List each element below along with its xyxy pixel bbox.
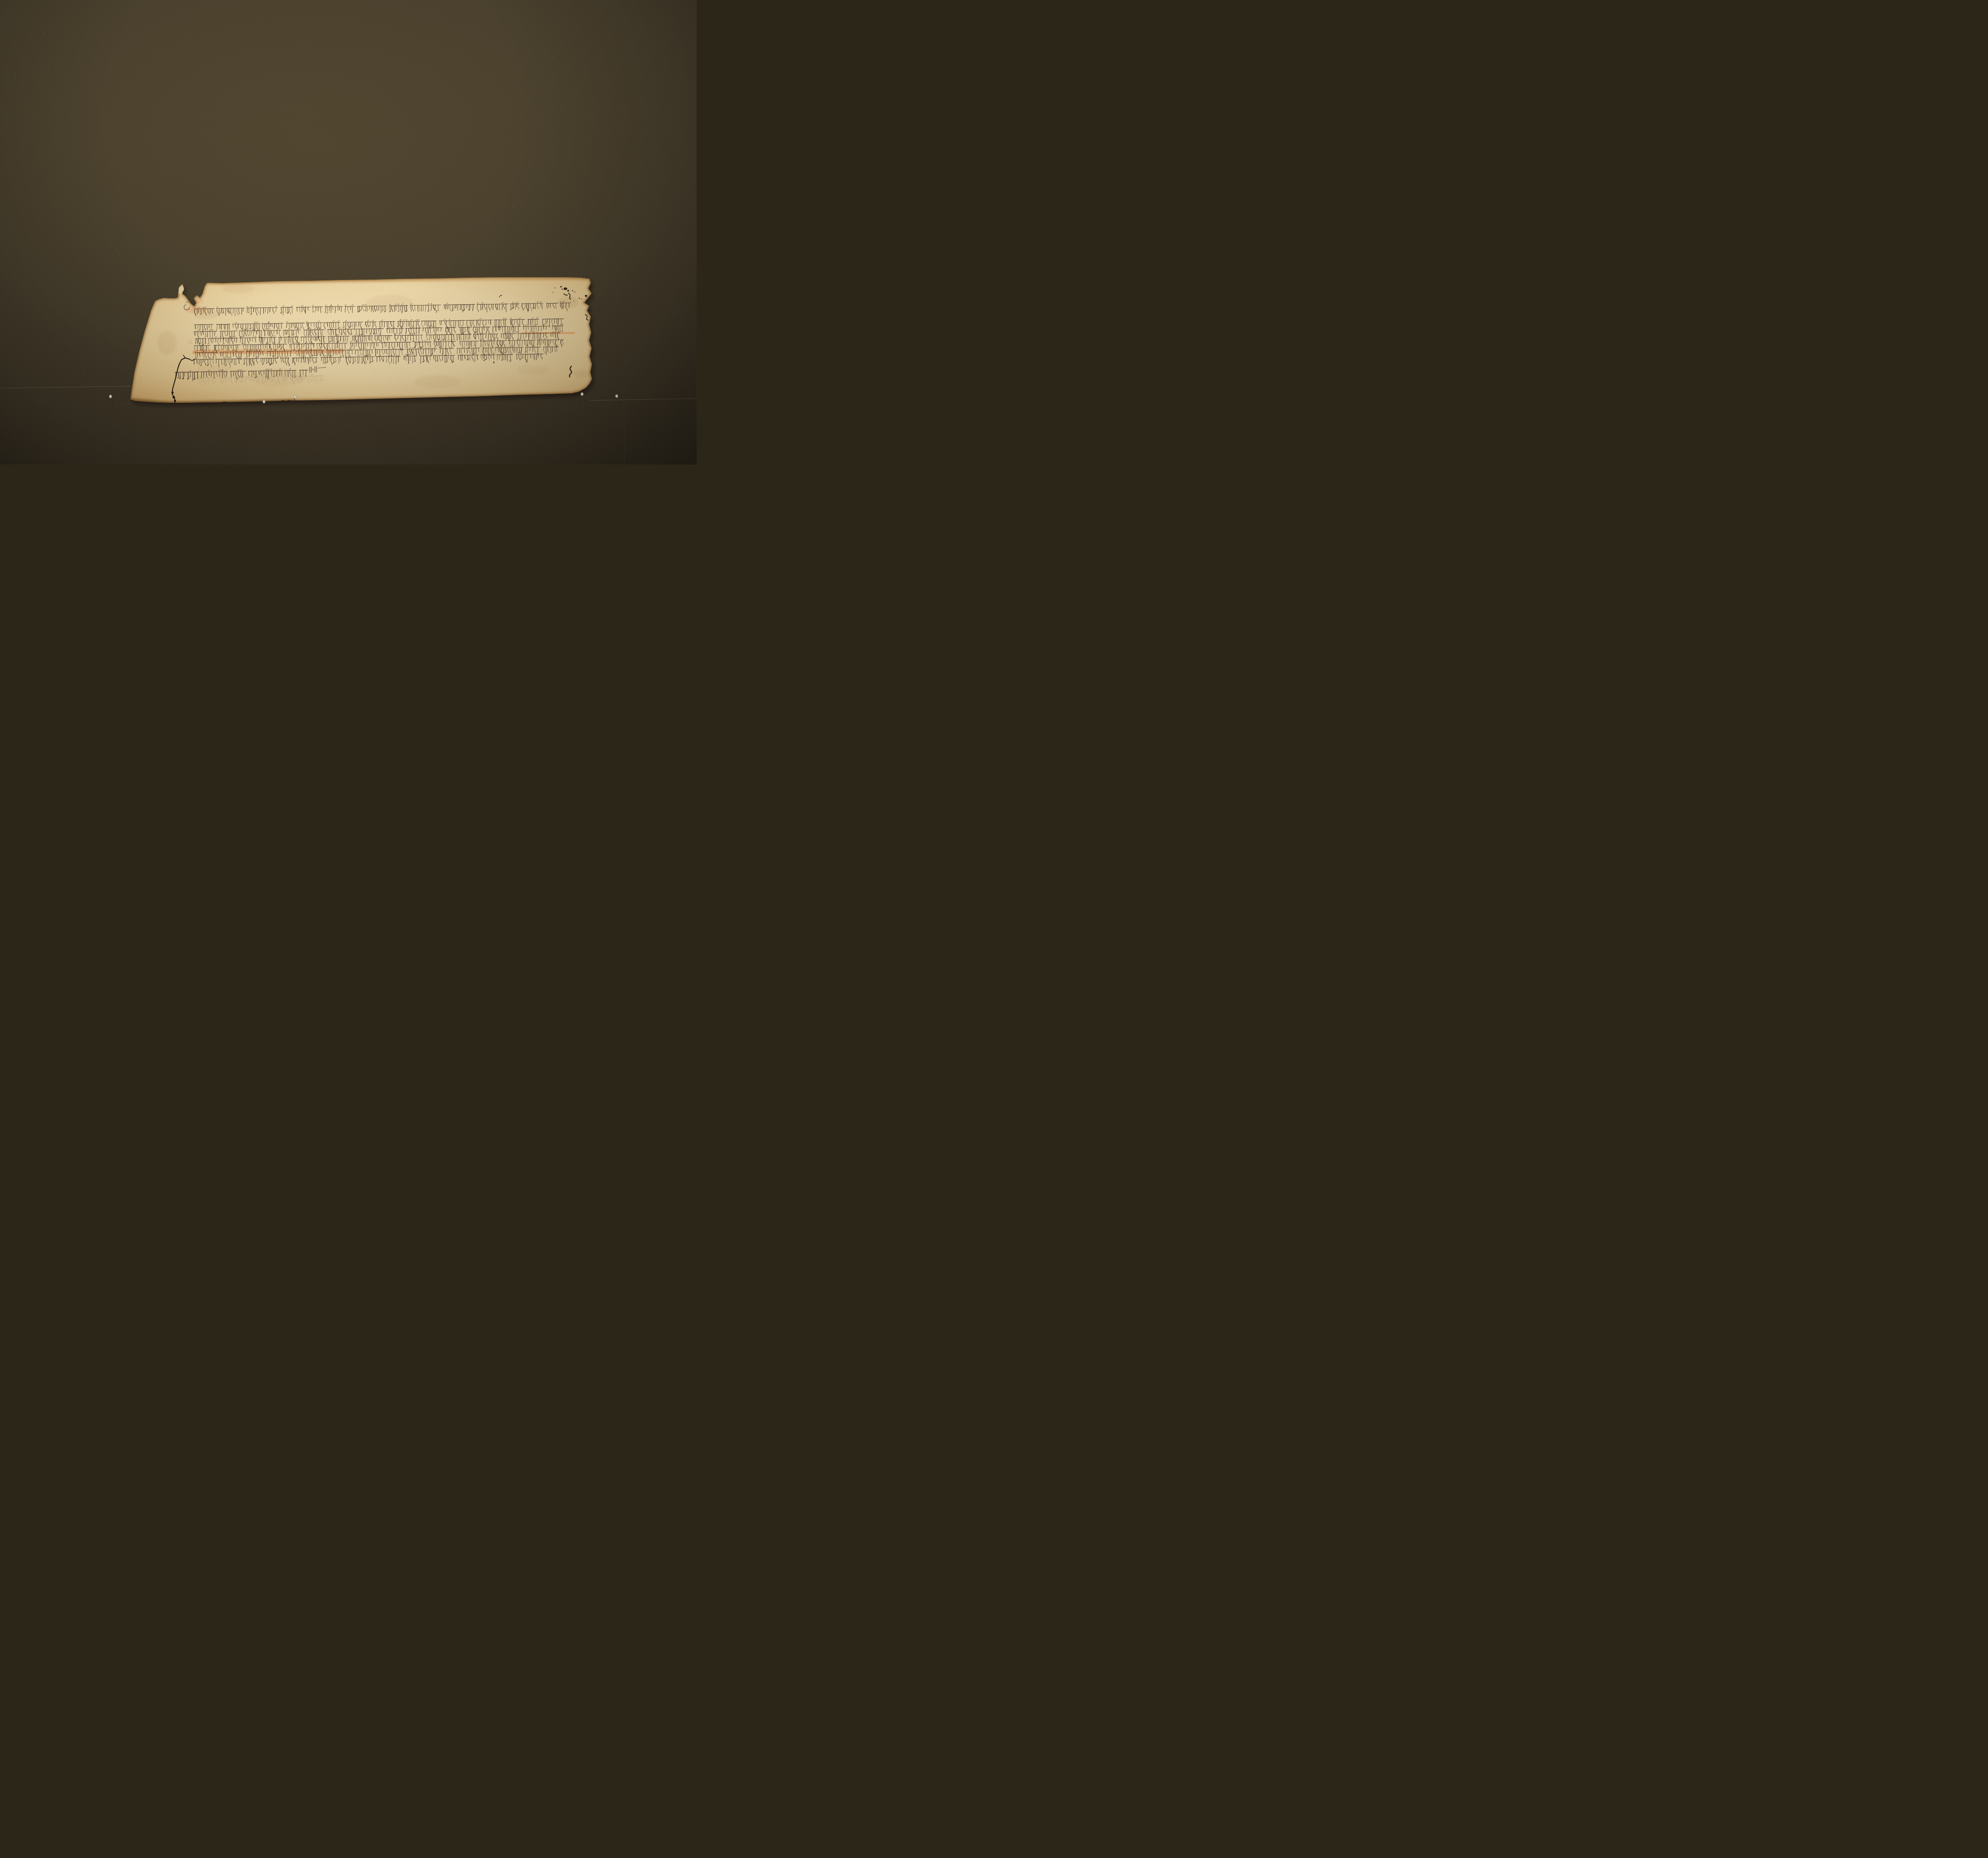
dust-speck xyxy=(678,390,679,391)
dust-speck xyxy=(669,255,670,256)
dust-speck xyxy=(553,56,554,57)
pin-head-highlight xyxy=(581,393,582,394)
dust-speck xyxy=(254,104,255,105)
dust-speck xyxy=(513,206,513,207)
dust-speck xyxy=(48,70,49,70)
paper-stain xyxy=(517,365,549,375)
ink-blot xyxy=(575,292,575,292)
paper-stain xyxy=(558,297,579,308)
scratch-line xyxy=(590,398,697,400)
pushpin xyxy=(109,395,114,404)
pin-head-highlight xyxy=(110,395,111,396)
paper-stain xyxy=(196,364,233,375)
red-smudge xyxy=(188,341,192,344)
dust-speck xyxy=(342,87,342,88)
manuscript-leaf xyxy=(130,277,592,403)
paper-stain xyxy=(574,370,590,378)
ink-blot xyxy=(581,299,582,299)
paper-stain xyxy=(318,325,382,345)
ink-blot xyxy=(555,288,555,288)
ink-blot xyxy=(553,292,553,293)
backing-crease xyxy=(623,388,625,464)
ink-blot xyxy=(579,298,580,299)
ink-blot xyxy=(562,289,563,290)
dust-speck xyxy=(381,167,382,167)
pin-head-highlight xyxy=(263,400,264,402)
paper-stain xyxy=(223,285,254,293)
manuscript-photo xyxy=(0,0,697,464)
dust-speck xyxy=(15,73,16,74)
ink-blot xyxy=(560,286,562,288)
pushpin xyxy=(614,395,618,403)
ink-blot xyxy=(585,295,587,297)
dust-speck xyxy=(644,132,645,132)
paper-stain xyxy=(157,331,177,355)
paper-stain xyxy=(414,375,461,388)
photo-stage xyxy=(0,0,697,464)
ink-blot xyxy=(572,290,573,292)
red-smudge xyxy=(193,299,203,304)
ink-blot xyxy=(573,301,574,301)
dust-speck xyxy=(84,374,85,375)
dust-speck xyxy=(43,32,44,33)
dust-speck xyxy=(36,279,37,280)
scratch-line xyxy=(0,386,132,388)
pin-head-highlight xyxy=(294,396,295,397)
dust-speck xyxy=(198,47,199,48)
dust-speck xyxy=(119,255,120,256)
pin-head-highlight xyxy=(616,395,617,396)
ink-blot xyxy=(567,290,569,292)
ink-blot xyxy=(564,288,567,290)
dust-speck xyxy=(10,23,10,24)
ink-blot xyxy=(493,361,494,363)
dust-speck xyxy=(453,35,454,36)
